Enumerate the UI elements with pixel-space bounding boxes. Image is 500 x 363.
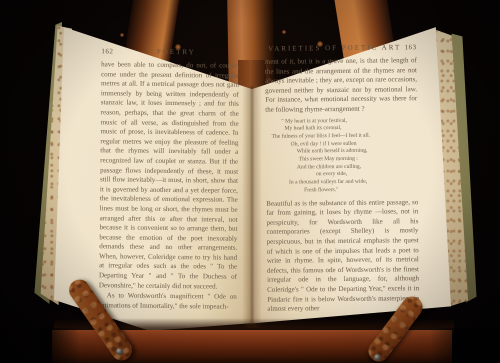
right-peg-screw xyxy=(374,354,381,361)
book-gutter-shadow xyxy=(242,86,262,328)
left-page-number: 162 xyxy=(101,47,113,55)
right-running-title: VARIETIES OF POETIC ART xyxy=(265,43,405,52)
verse-line: Fresh flowers." xyxy=(304,186,418,195)
left-paragraph-2: As to Wordsworth's magnificent " Ode on … xyxy=(99,292,237,313)
right-paragraph-1: ment of it, but it is a grave one, is th… xyxy=(265,56,418,115)
foxing-spot xyxy=(317,41,323,47)
foxing-spot xyxy=(282,30,286,34)
left-peg-screw xyxy=(116,348,123,355)
rail-shadow-right xyxy=(430,328,500,363)
right-page-number: 163 xyxy=(405,43,417,51)
right-page-header: VARIETIES OF POETIC ART 163 xyxy=(265,43,417,53)
left-page-header: 162 POETRY xyxy=(101,47,239,56)
right-page-text: VARIETIES OF POETIC ART 163 ment of it, … xyxy=(265,43,420,314)
book-photo-scene: 162 POETRY have been able to compass, do… xyxy=(0,0,500,363)
left-paragraph-1: have been able to compass, do not, of co… xyxy=(99,60,239,292)
verse-quotation: " My heart is at your festival, My head … xyxy=(271,117,418,196)
left-page-text: 162 POETRY have been able to compass, do… xyxy=(99,47,240,312)
rail-shadow-left xyxy=(40,328,80,363)
foxing-spot xyxy=(120,33,124,37)
foxing-spot xyxy=(175,44,181,50)
right-paragraph-2: Beautiful as is the substance of this en… xyxy=(266,198,419,315)
